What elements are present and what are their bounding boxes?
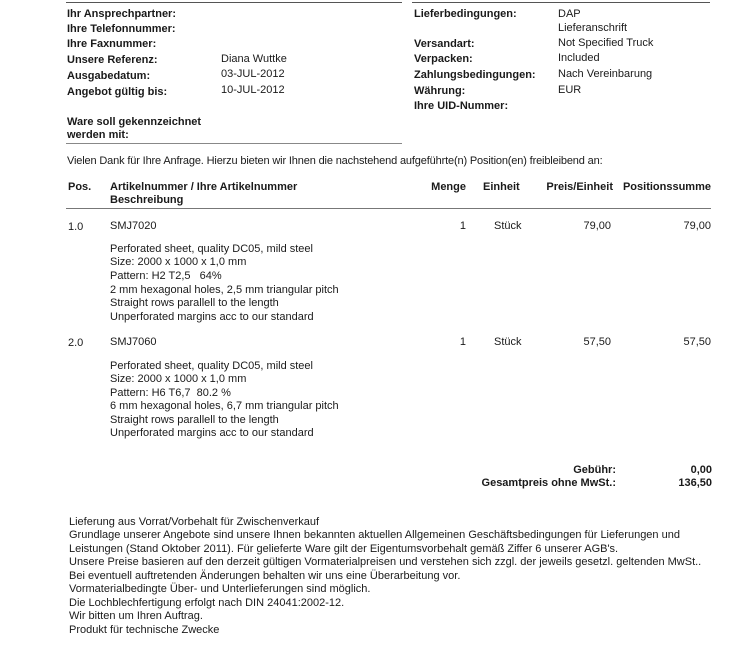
terms-line: Produkt für technische Zwecke bbox=[69, 624, 219, 637]
row-total: 79,00 bbox=[615, 220, 711, 233]
delivery-terms-value: DAP bbox=[558, 8, 581, 21]
shipping-method-label: Versandart: bbox=[414, 38, 475, 51]
issue-date-value: 03-JUL-2012 bbox=[221, 68, 285, 81]
packing-label: Verpacken: bbox=[414, 53, 473, 66]
col-description-header: Beschreibung bbox=[110, 194, 183, 207]
reference-value: Diana Wuttke bbox=[221, 53, 287, 66]
currency-label: Währung: bbox=[414, 85, 465, 98]
packing-value: Included bbox=[558, 52, 600, 65]
col-unit-price-header: Preis/Einheit bbox=[520, 181, 613, 194]
contact-person-label: Ihr Ansprechpartner: bbox=[67, 8, 176, 21]
row-pos: 2.0 bbox=[68, 337, 83, 350]
row-article: SMJ7020 bbox=[110, 220, 156, 233]
total-net-value: 136,50 bbox=[640, 477, 712, 490]
description-line: Size: 2000 x 1000 x 1,0 mm bbox=[110, 256, 246, 269]
valid-until-value: 10-JUL-2012 bbox=[221, 84, 285, 97]
top-rule-right bbox=[412, 2, 710, 3]
row-total: 57,50 bbox=[615, 336, 711, 349]
description-line: Pattern: H2 T2,5 64% bbox=[110, 270, 222, 283]
terms-line: Wir bitten um Ihren Auftrag. bbox=[69, 610, 203, 623]
fee-value: 0,00 bbox=[640, 464, 712, 477]
shipping-method-value: Not Specified Truck bbox=[558, 37, 653, 50]
marking-label-line2: werden mit: bbox=[67, 129, 129, 142]
table-header-rule bbox=[66, 208, 711, 209]
delivery-address-value: Lieferanschrift bbox=[558, 22, 627, 35]
row-unit: Stück bbox=[494, 336, 522, 349]
terms-line: Grundlage unserer Angebote sind unsere I… bbox=[69, 529, 680, 542]
description-line: 6 mm hexagonal holes, 6,7 mm triangular … bbox=[110, 400, 339, 413]
col-unit-header: Einheit bbox=[483, 181, 520, 194]
payment-terms-label: Zahlungsbedingungen: bbox=[414, 69, 536, 82]
header-divider bbox=[66, 143, 402, 144]
valid-until-label: Angebot gültig bis: bbox=[67, 86, 167, 99]
vat-id-label: Ihre UID-Nummer: bbox=[414, 100, 508, 113]
terms-line: Die Lochblechfertigung erfolgt nach DIN … bbox=[69, 597, 344, 610]
description-line: 2 mm hexagonal holes, 2,5 mm triangular … bbox=[110, 284, 339, 297]
terms-line: Lieferung aus Vorrat/Vorbehalt für Zwisc… bbox=[69, 516, 319, 529]
terms-line: Vormaterialbedingte Über- und Unterliefe… bbox=[69, 583, 370, 596]
payment-terms-value: Nach Vereinbarung bbox=[558, 68, 652, 81]
top-rule-left bbox=[66, 2, 402, 3]
terms-line: Unsere Preise basieren auf den derzeit g… bbox=[69, 556, 701, 569]
row-pos: 1.0 bbox=[68, 221, 83, 234]
col-article-header: Artikelnummer / Ihre Artikelnummer bbox=[110, 181, 297, 194]
description-line: Pattern: H6 T6,7 80.2 % bbox=[110, 387, 231, 400]
description-line: Perforated sheet, quality DC05, mild ste… bbox=[110, 243, 313, 256]
fee-label: Gebühr: bbox=[440, 464, 616, 477]
currency-value: EUR bbox=[558, 84, 581, 97]
delivery-terms-label: Lieferbedingungen: bbox=[414, 8, 517, 21]
marking-label-line1: Ware soll gekennzeichnet bbox=[67, 116, 201, 129]
phone-label: Ihre Telefonnummer: bbox=[67, 23, 176, 36]
description-line: Straight rows parallell to the length bbox=[110, 297, 279, 310]
description-line: Unperforated margins acc to our standard bbox=[110, 311, 314, 324]
col-quantity-header: Menge bbox=[400, 181, 466, 194]
terms-line: Leistungen (Stand Oktober 2011). Für gel… bbox=[69, 543, 618, 556]
terms-line: Bei eventuell auftretenden Änderungen be… bbox=[69, 570, 460, 583]
description-line: Perforated sheet, quality DC05, mild ste… bbox=[110, 360, 313, 373]
intro-text: Vielen Dank für Ihre Anfrage. Hierzu bie… bbox=[67, 155, 602, 168]
row-quantity: 1 bbox=[400, 336, 466, 349]
fax-label: Ihre Faxnummer: bbox=[67, 38, 156, 51]
col-pos-header: Pos. bbox=[68, 181, 91, 194]
row-article: SMJ7060 bbox=[110, 336, 156, 349]
issue-date-label: Ausgabedatum: bbox=[67, 70, 150, 83]
description-line: Size: 2000 x 1000 x 1,0 mm bbox=[110, 373, 246, 386]
reference-label: Unsere Referenz: bbox=[67, 54, 157, 67]
description-line: Unperforated margins acc to our standard bbox=[110, 427, 314, 440]
col-total-header: Positionssumme bbox=[615, 181, 711, 194]
row-quantity: 1 bbox=[400, 220, 466, 233]
row-unit-price: 79,00 bbox=[520, 220, 611, 233]
row-unit-price: 57,50 bbox=[520, 336, 611, 349]
row-unit: Stück bbox=[494, 220, 522, 233]
total-net-label: Gesamtpreis ohne MwSt.: bbox=[440, 477, 616, 490]
description-line: Straight rows parallell to the length bbox=[110, 414, 279, 427]
